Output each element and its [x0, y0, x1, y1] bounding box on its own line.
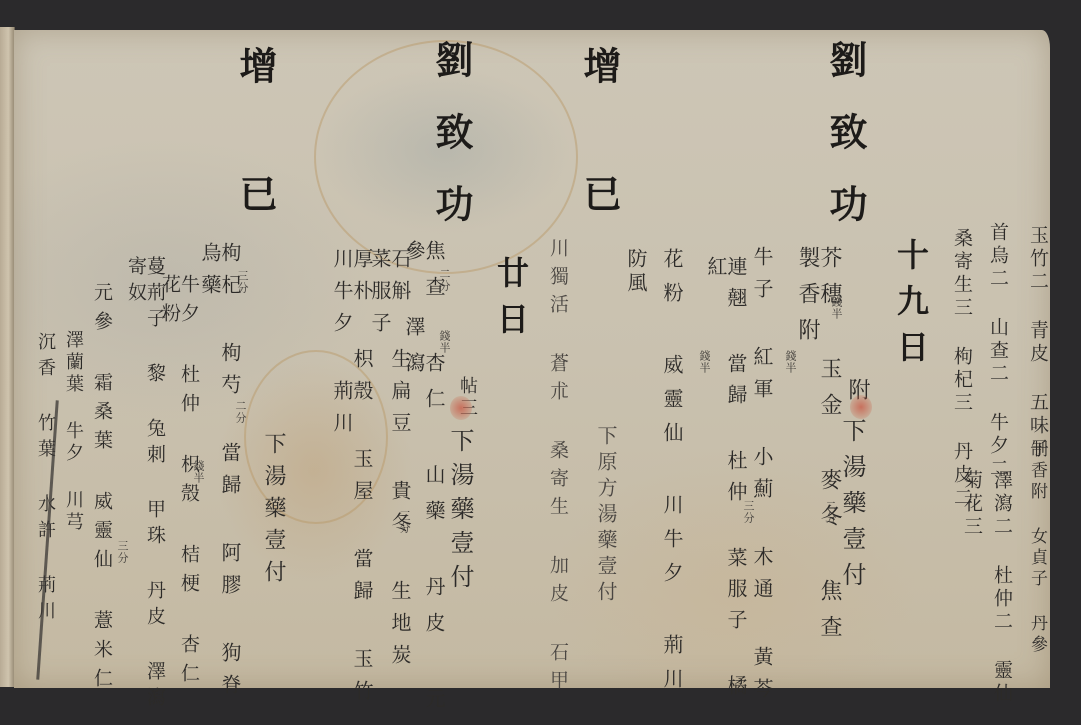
herb-column: 石斛 生扁豆 貴冬 生地炭 菜服子	[370, 248, 410, 725]
red-seal-mark	[450, 396, 472, 420]
dose-note: 錢半	[782, 350, 798, 374]
herb-column: 首烏二 山查二 牛夕二	[988, 222, 1007, 481]
dose-note: 三分	[396, 510, 412, 534]
herb-column: 澤蘭葉 牛夕 川芎	[64, 330, 82, 534]
date-twentieth: 廿日	[488, 256, 534, 348]
patient-name-center: 劉致功	[432, 40, 470, 256]
herb-column: 玉竹二 青皮 五味子	[1028, 225, 1047, 461]
annotation-zeng-center: 增已	[580, 46, 618, 302]
herb-column: 連翹 當歸 杜仲 菜服子 橘紅	[706, 256, 746, 725]
herb-column: 川獨活 蒼朮 桑寄生 加皮 石甲	[548, 238, 567, 698]
herb-column: 蔓荊子 黎 兔刺 甲珠 丹皮 澤瀉 寄奴	[126, 256, 164, 725]
dose-note: 錢半	[436, 330, 452, 354]
herb-column: 元參 霜桑葉 威靈仙 薏米仁	[92, 282, 111, 697]
herb-column: 枸杞 枸芍 當歸 阿膠 狗脊 烏藥	[200, 242, 240, 725]
dose-note: 二分	[822, 500, 838, 524]
herb-column: 厚朴 枳殼 玉屋 當歸 玉竹 川牛夕 荊川	[332, 248, 372, 725]
red-seal-mark	[850, 395, 872, 419]
herb-column: 防風	[626, 248, 646, 296]
herb-column: 澤瀉二 杜仲二 靈仙	[992, 470, 1011, 706]
date-nineteenth: 十九日	[888, 238, 934, 376]
day20-instruction: 下湯藥壹付	[448, 428, 472, 598]
herb-column: 花粉 威靈仙 川牛夕 荊川	[662, 248, 682, 702]
dose-note: 二分	[232, 400, 248, 424]
dose-note: 二分	[436, 268, 452, 292]
herb-column: 桑寄生三 枸杞三 丹皮二	[952, 228, 971, 510]
between-instruction: 下原方湯藥壹付	[596, 425, 616, 607]
day19-instruction: 下湯藥壹付	[840, 418, 864, 598]
dose-note: 三分	[114, 540, 130, 564]
herb-column: 牛子 紅軍 小薊 木通 黃芩	[752, 246, 772, 710]
dose-note: 三分	[740, 500, 756, 524]
dose-note: 錢半	[828, 296, 844, 320]
book-page-edge	[0, 27, 15, 687]
left-instruction: 下湯藥壹付	[262, 432, 284, 592]
herb-column: 制香附 女貞子 丹參	[1028, 440, 1045, 656]
herb-column: 菊花三	[962, 470, 981, 539]
dose-note: 錢半	[696, 350, 712, 374]
patient-name-right: 劉致功	[826, 40, 864, 256]
dose-note: 三分	[234, 270, 250, 294]
dose-note: 錢半	[190, 460, 206, 484]
